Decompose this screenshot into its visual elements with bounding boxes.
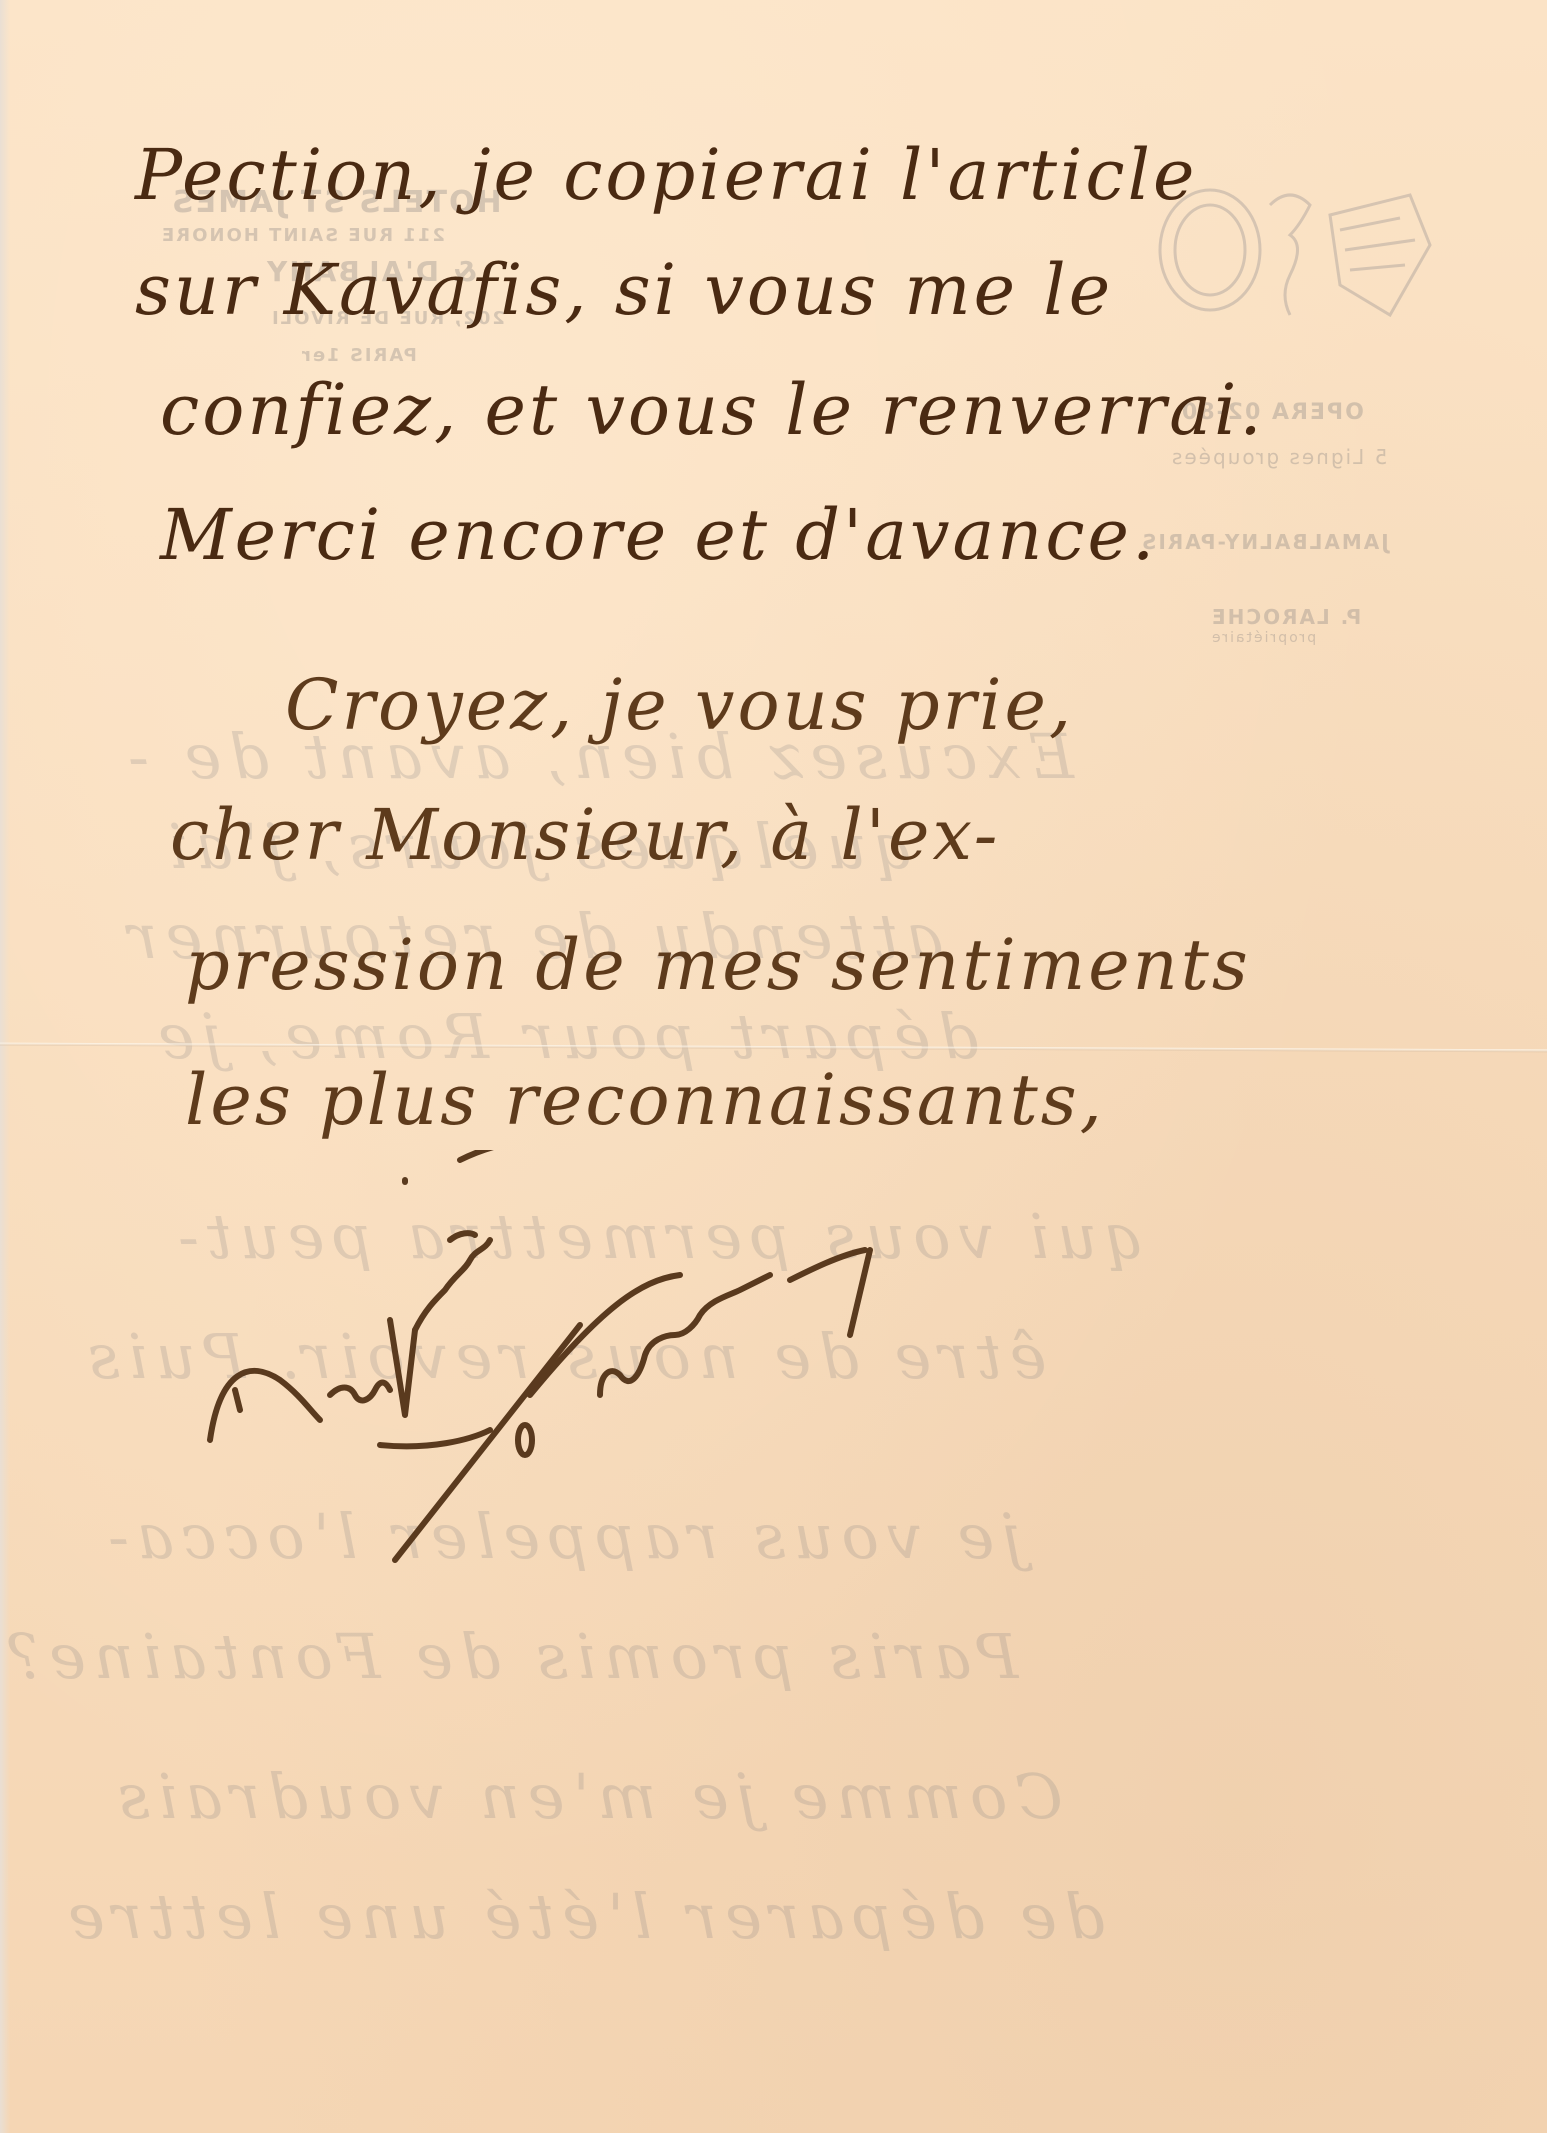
bleed-letterhead-director: P. LAROCHE [1210, 605, 1361, 629]
bleed-letterhead-line4: PARIS 1er [300, 345, 417, 366]
letter-line-6: cher Monsieur, à l'ex- [170, 800, 1000, 870]
bleed-letterhead-director-title: propriétaire [1210, 630, 1316, 646]
letter-line-8: les plus reconnaissants, [185, 1065, 1105, 1135]
letter-line-1: Pection, je copierai l'article [135, 140, 1197, 210]
bleed-letterhead-line1: 211 RUE SAINT HONORE [160, 225, 445, 246]
bleed-line-8: Paris promis de Fontaine? [0, 1620, 1018, 1693]
signature: Marguerite Yourcenar [230, 1520, 455, 1544]
letter-line-5: Croyez, je vous prie, [285, 670, 1074, 740]
letter-line-3: confiez, et vous le renverrai. [160, 375, 1265, 445]
letter-line-4: Merci encore et d'avance. [160, 500, 1157, 570]
letter-line-7: pression de mes sentiments [185, 930, 1251, 1000]
bleed-letterhead-telegraph: JAMALBALNY-PARIS [1140, 530, 1389, 554]
bleed-line-10: de déparer l'été une lettre [60, 1880, 1105, 1953]
bleed-line-9: Comme je m'en voudrais [110, 1760, 1063, 1833]
letter-line-2: sur Kavafis, si vous me le [135, 255, 1113, 325]
paper-edge [0, 0, 10, 2133]
